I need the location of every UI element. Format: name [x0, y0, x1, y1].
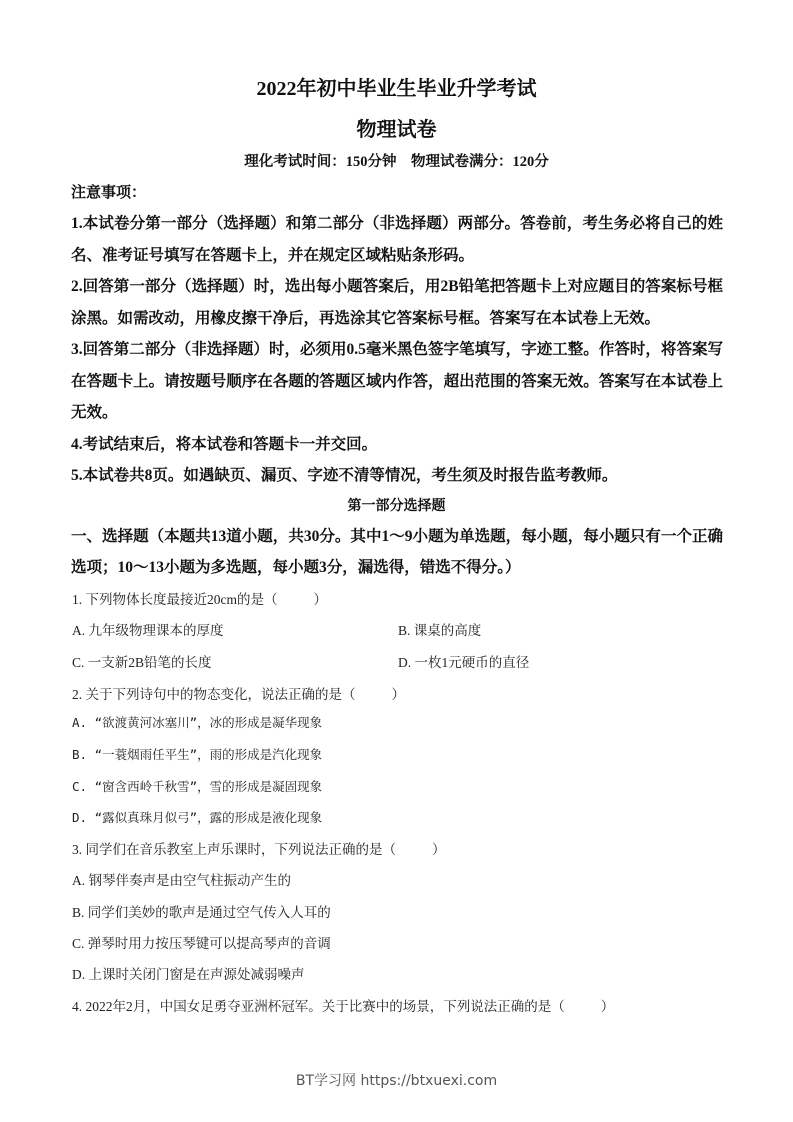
question-3-option-c: C. 弹琴时用力按压琴键可以提高琴声的音调	[72, 932, 331, 952]
question-text: 2. 关于下列诗句中的物态变化，说法正确的是（	[72, 687, 356, 702]
exam-title: 2022年初中毕业生毕业升学考试	[0, 72, 793, 101]
part-title: 第一部分选择题	[0, 495, 793, 515]
question-text: 4. 2022年2月，中国女足勇夺亚洲杯冠军。关于比赛中的场景，下列说法正确的是…	[72, 999, 565, 1014]
question-text: 3. 同学们在音乐教室上声乐课时，下列说法正确的是（	[72, 842, 396, 857]
question-1-option-c: C. 一支新2B铅笔的长度	[72, 651, 212, 671]
section-description: 一、选择题（本题共13道小题，共30分。其中1～9小题为单选题，每小题，每小题只…	[71, 521, 723, 583]
paren-close: ）	[601, 999, 615, 1014]
exam-subtitle: 物理试卷	[0, 113, 793, 142]
paren-close: ）	[314, 592, 328, 607]
question-3-option-b: B. 同学们美妙的歌声是通过空气传入人耳的	[72, 901, 331, 921]
notes-heading: 注意事项：	[71, 181, 146, 202]
note-item: 2.回答第一部分（选择题）时，选出每小题答案后，用2B铅笔把答题卡上对应题目的答…	[71, 271, 723, 334]
question-2-stem: 2. 关于下列诗句中的物态变化，说法正确的是（）	[72, 683, 405, 703]
question-2-option-d: D. “露似真珠月似弓”，露的形成是液化现象	[72, 808, 322, 826]
question-3-option-a: A. 钢琴伴奏声是由空气柱振动产生的	[72, 869, 291, 889]
question-4-stem: 4. 2022年2月，中国女足勇夺亚洲杯冠军。关于比赛中的场景，下列说法正确的是…	[72, 995, 614, 1015]
question-1-stem: 1. 下列物体长度最接近20cm的是（）	[72, 588, 327, 608]
note-item: 1.本试卷分第一部分（选择题）和第二部分（非选择题）两部分。答卷前，考生务必将自…	[71, 208, 723, 271]
question-text: 1. 下列物体长度最接近20cm的是（	[72, 592, 278, 607]
question-1-option-b: B. 课桌的高度	[398, 619, 481, 639]
paren-close: ）	[432, 842, 446, 857]
question-2-option-a: A. “欲渡黄河冰塞川”，冰的形成是凝华现象	[72, 713, 322, 731]
question-1-option-d: D. 一枚1元硬币的直径	[398, 651, 529, 671]
note-item: 4.考试结束后，将本试卷和答题卡一并交回。	[71, 429, 723, 461]
paren-close: ）	[392, 687, 406, 702]
question-3-option-d: D. 上课时关闭门窗是在声源处减弱噪声	[72, 963, 305, 983]
notes-list: 1.本试卷分第一部分（选择题）和第二部分（非选择题）两部分。答卷前，考生务必将自…	[71, 208, 723, 492]
question-2-option-b: B. “一蓑烟雨任平生”，雨的形成是汽化现象	[72, 745, 322, 763]
exam-page: 2022年初中毕业生毕业升学考试 物理试卷 理化考试时间：150分钟 物理试卷满…	[0, 0, 793, 1122]
note-item: 3.回答第二部分（非选择题）时，必须用0.5毫米黑色签字笔填写，字迹工整。作答时…	[71, 334, 723, 429]
question-3-stem: 3. 同学们在音乐教室上声乐课时，下列说法正确的是（）	[72, 838, 446, 858]
note-item: 5.本试卷共8页。如遇缺页、漏页、字迹不清等情况，考生须及时报告监考教师。	[71, 460, 723, 492]
exam-info: 理化考试时间：150分钟 物理试卷满分：120分	[0, 150, 793, 171]
question-2-option-c: C. “窗含西岭千秋雪”，雪的形成是凝固现象	[72, 777, 322, 795]
watermark-footer: BT学习网 https://btxuexi.com	[0, 1070, 793, 1090]
question-1-option-a: A. 九年级物理课本的厚度	[72, 619, 224, 639]
